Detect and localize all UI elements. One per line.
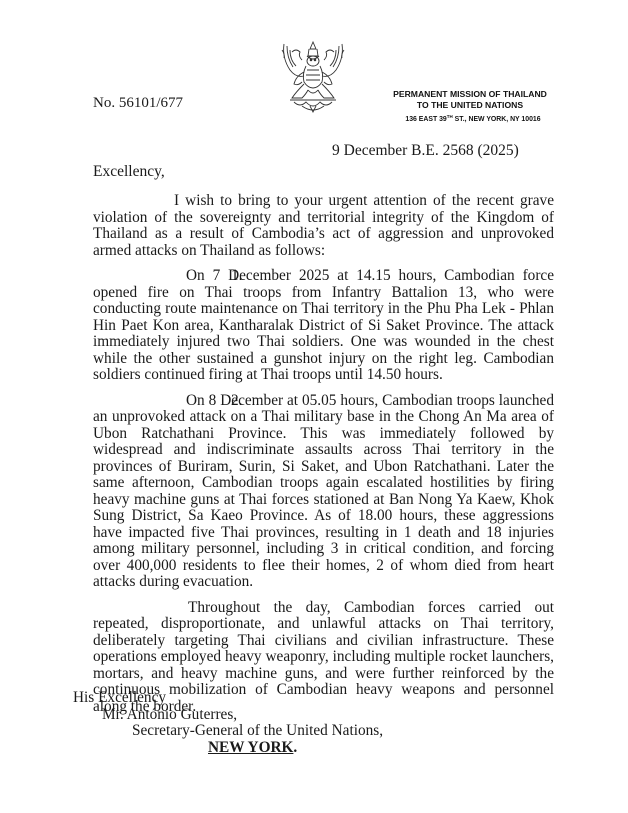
mission-address: 136 EAST 39TH ST., NEW YORK, NY 10016	[384, 111, 562, 125]
addressee-block: His Excellency Mr. António Guterres, Sec…	[73, 690, 383, 756]
numbered-paragraph-2: 2.On 8 December at 05.05 hours, Cambodia…	[93, 393, 554, 591]
city-name: NEW YORK	[208, 739, 293, 756]
city-punct: .	[293, 739, 297, 756]
mission-subtitle: TO THE UNITED NATIONS	[378, 100, 562, 111]
paragraph-text: On 7 December 2025 at 14.15 hours, Cambo…	[93, 267, 554, 383]
mission-name: PERMANENT MISSION OF THAILAND	[378, 89, 562, 100]
address-prefix: 136 EAST 39	[405, 116, 446, 123]
reference-number: No. 56101/677	[93, 95, 183, 112]
garuda-emblem-icon	[280, 40, 346, 114]
addressee-position: Secretary-General of the United Nations,	[73, 723, 383, 740]
paragraph-text: On 8 December at 05.05 hours, Cambodian …	[93, 392, 554, 591]
letterhead-mission: PERMANENT MISSION OF THAILAND TO THE UNI…	[378, 89, 562, 125]
intro-paragraph: I wish to bring to your urgent attention…	[93, 193, 554, 259]
paragraph-number: 1.	[162, 268, 186, 285]
salutation: Excellency,	[93, 163, 165, 181]
letter-date: 9 December B.E. 2568 (2025)	[332, 142, 519, 160]
addressee-title: His Excellency	[73, 690, 383, 707]
address-suffix: ST., NEW YORK, NY 10016	[453, 116, 541, 123]
numbered-paragraph-1: 1.On 7 December 2025 at 14.15 hours, Cam…	[93, 268, 554, 384]
letter-body: I wish to bring to your urgent attention…	[93, 193, 554, 724]
paragraph-number: 2.	[162, 393, 186, 410]
addressee-name: Mr. António Guterres,	[73, 707, 383, 724]
addressee-city: NEW YORK.	[73, 740, 383, 757]
